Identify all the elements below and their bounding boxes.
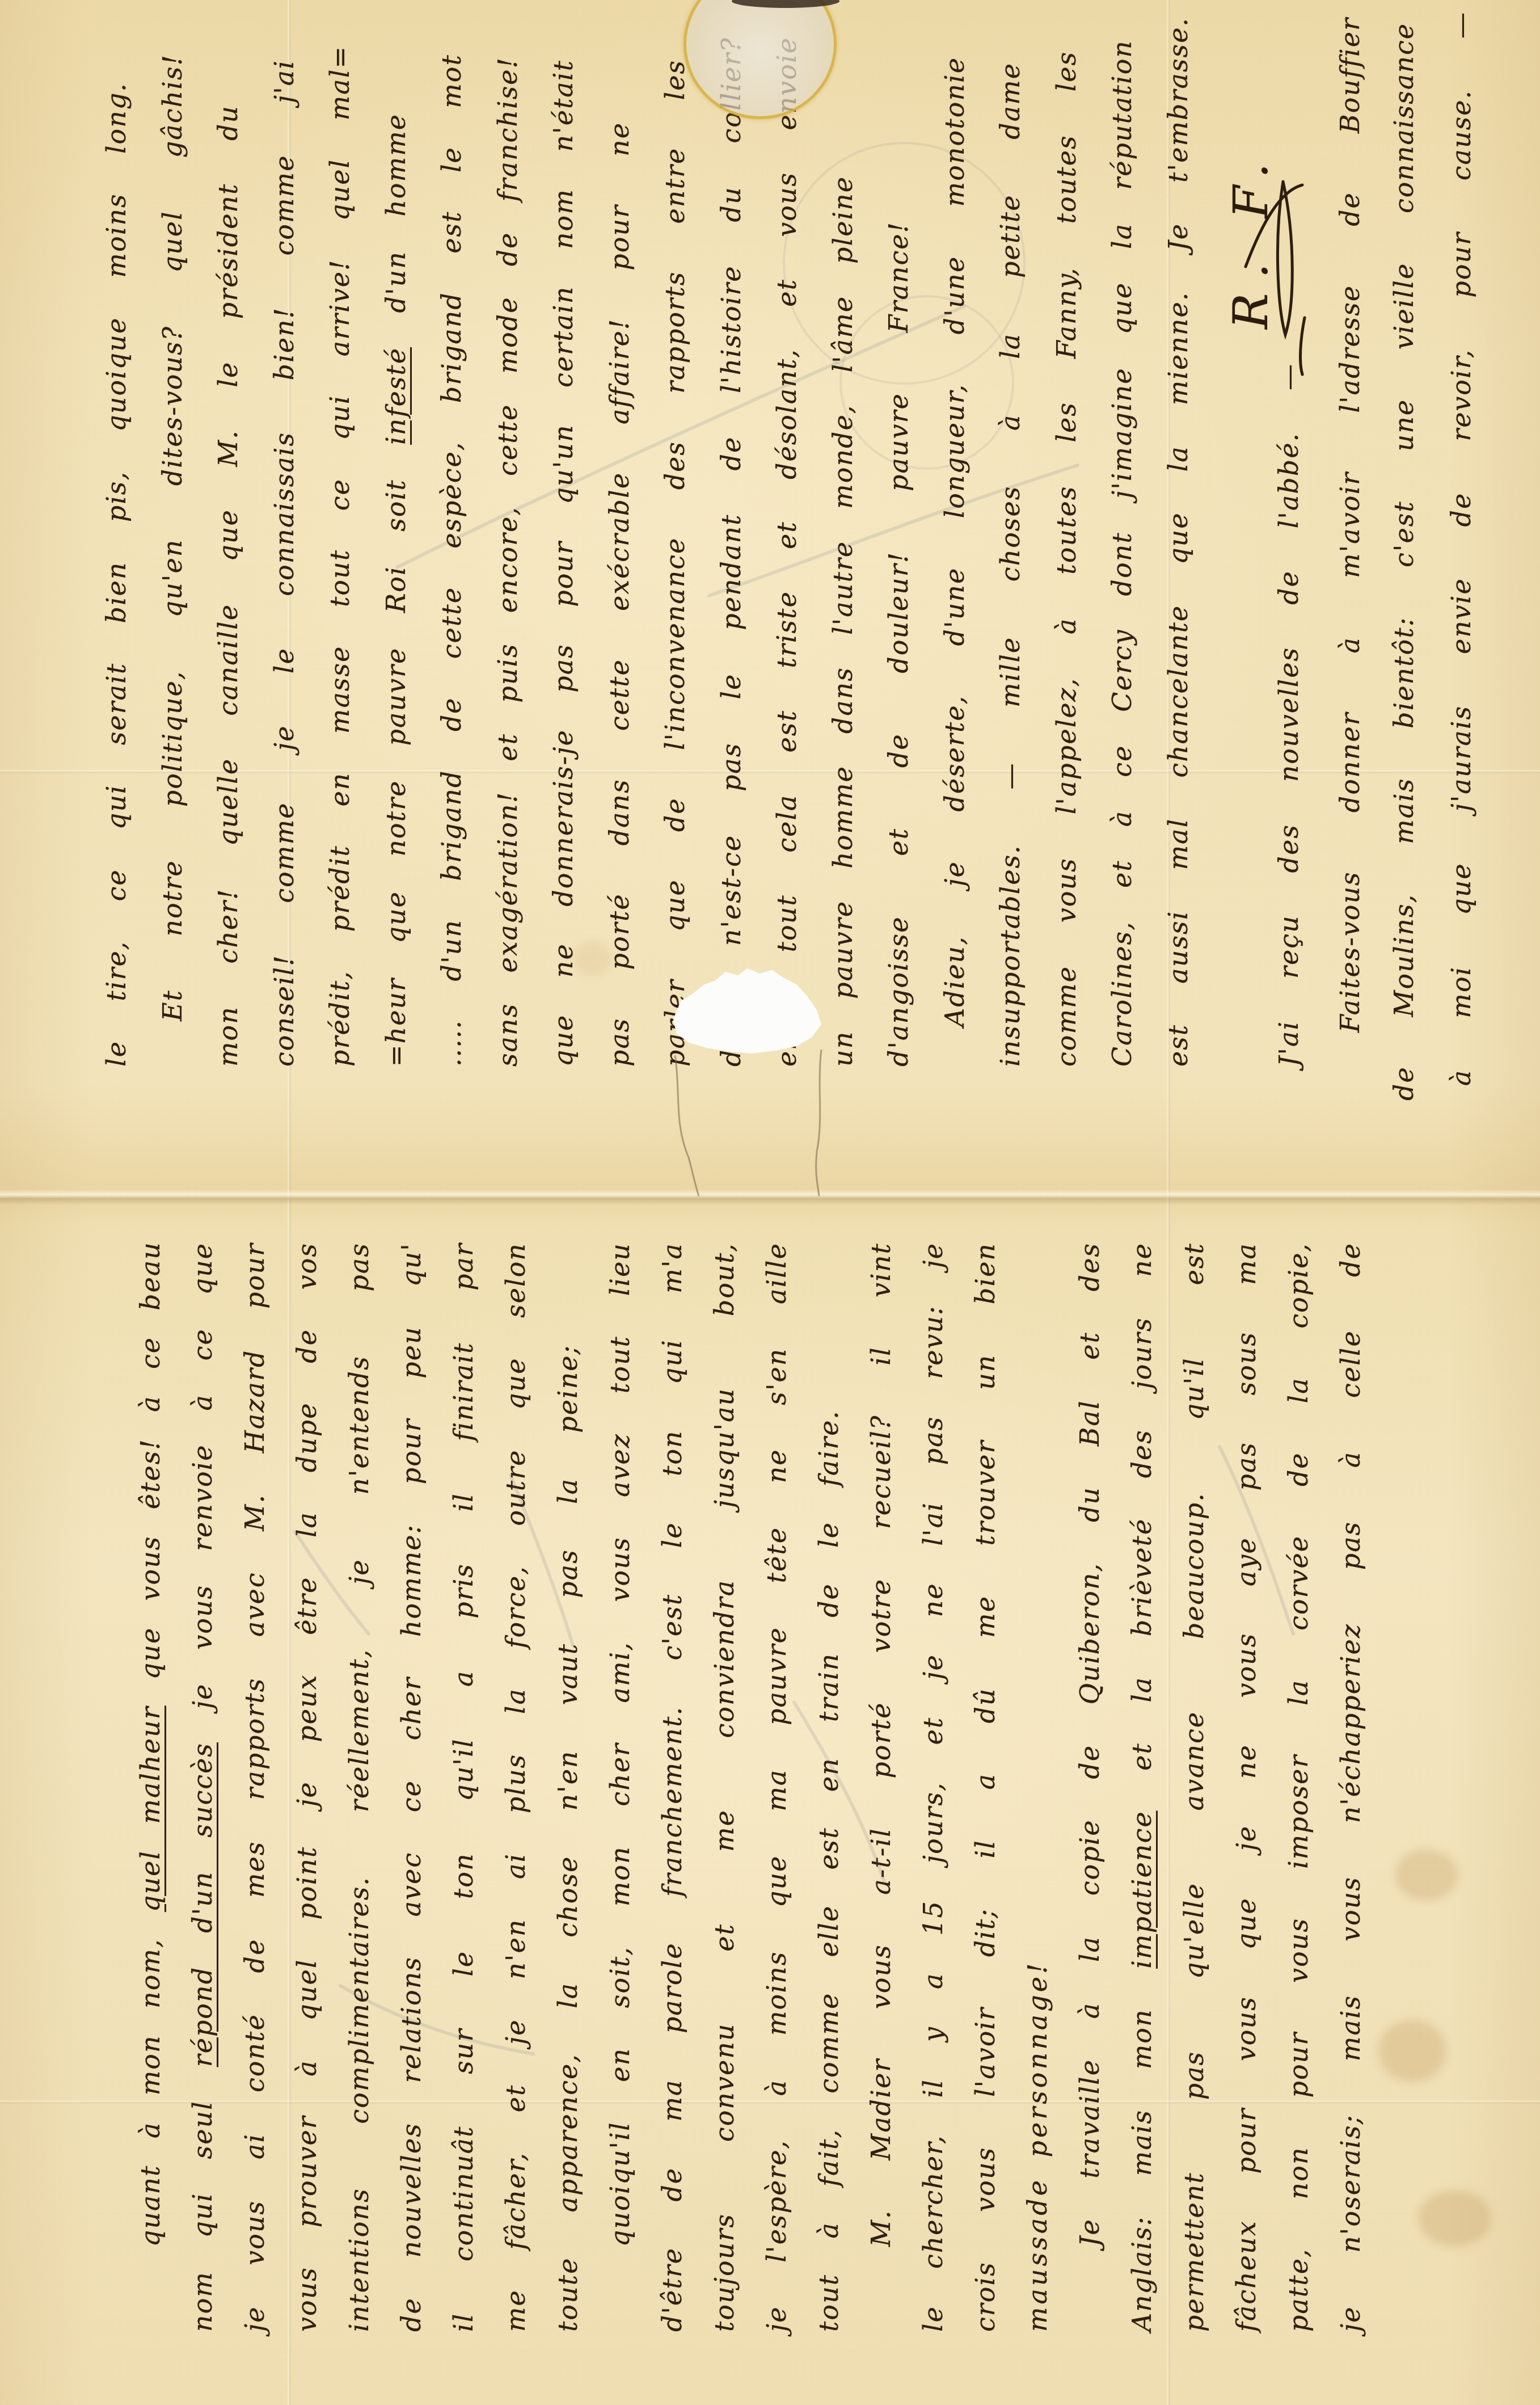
signature-flourish-icon <box>1246 182 1305 374</box>
bleed-through-ink <box>295 306 1293 2054</box>
letter-sheet: le tire, ce qui serait bien pis, quoique… <box>0 0 1540 2405</box>
paper-tear-icon <box>675 1050 821 1196</box>
decorative-strokes <box>0 0 1540 2405</box>
